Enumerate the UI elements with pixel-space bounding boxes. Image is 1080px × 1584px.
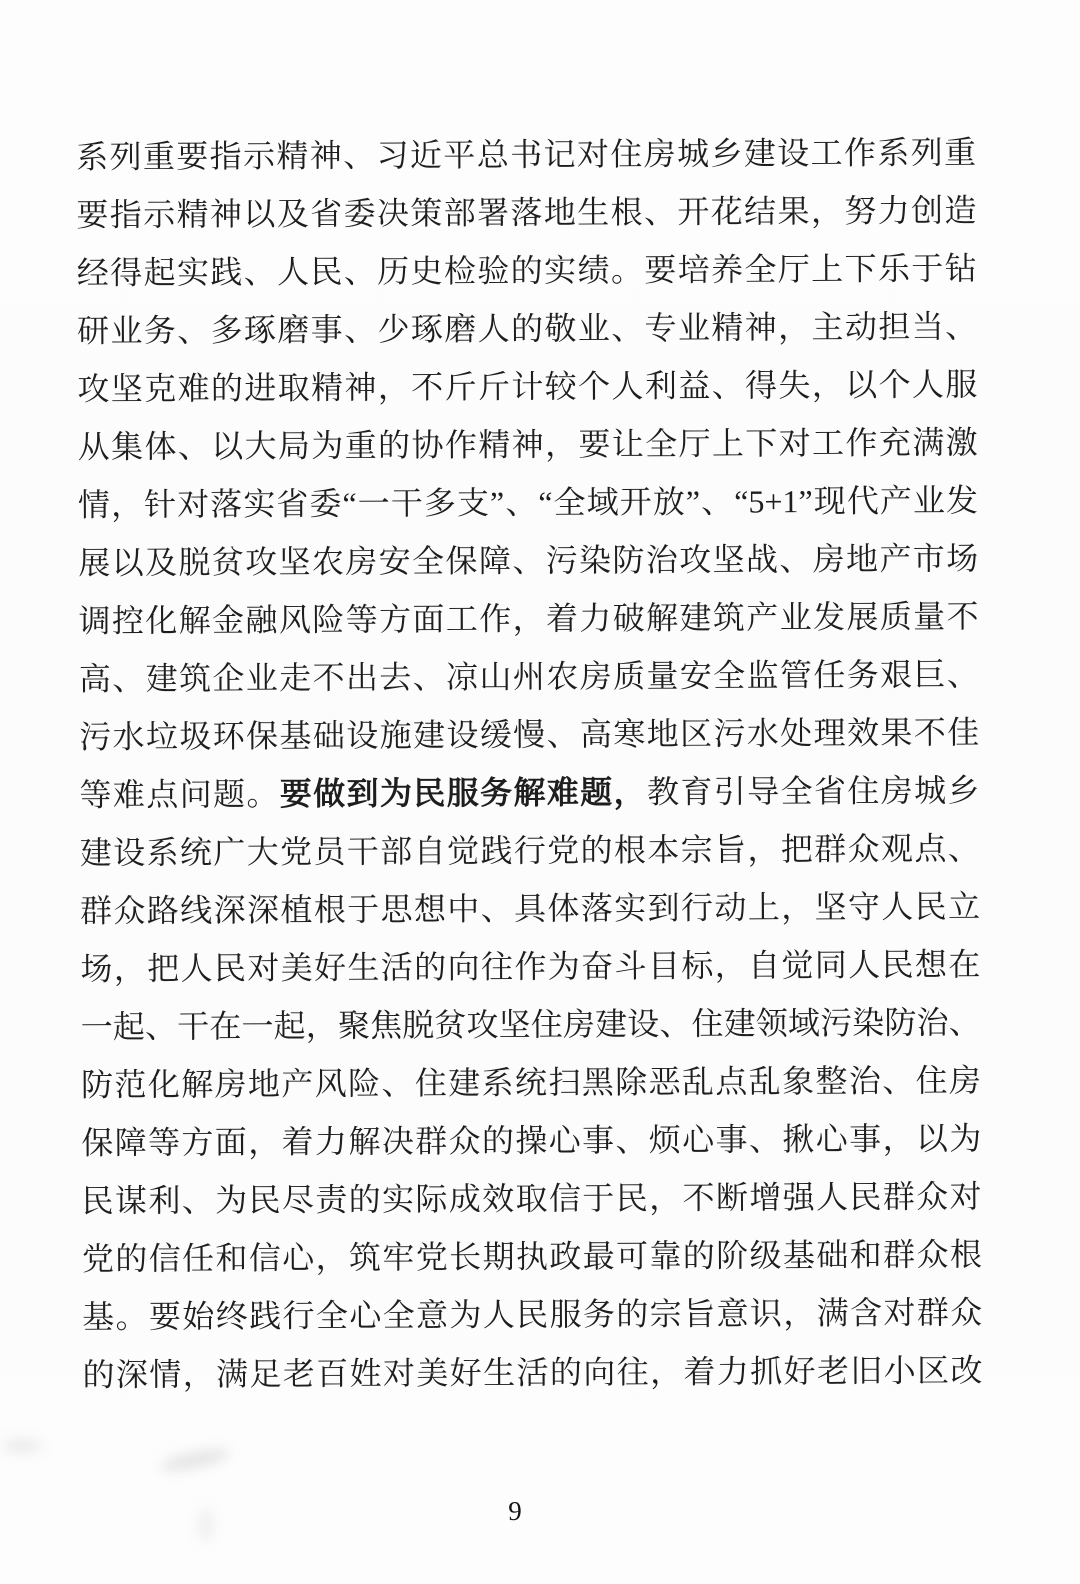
text-line: 场，把人民对美好生活的向往作为奋斗目标，自觉同人民想在 bbox=[80, 935, 980, 998]
line-text: 高、建筑企业走不出去、凉山州农房质量安全监管任务艰巨、 bbox=[79, 656, 979, 697]
line-text: 群众路线深深植根于思想中、具体落实到行动上，坚守人民立 bbox=[80, 888, 980, 929]
line-text: 基。要始终践行全心全意为人民服务的宗旨意识，满含对群众 bbox=[82, 1294, 982, 1335]
line-text: 教育引导全省住房城乡 bbox=[647, 772, 980, 810]
line-text: 民谋利、为民尽责的实际成效取信于民，不断增强人民群众对 bbox=[82, 1178, 982, 1219]
text-line: 民谋利、为民尽责的实际成效取信于民，不断增强人民群众对 bbox=[81, 1167, 981, 1230]
scanned-document-page: 系列重要指示精神、习近平总书记对住房城乡建设工作系列重 要指示精神以及省委决策部… bbox=[0, 0, 1080, 1584]
line-text: 经得起实践、人民、历史检验的实绩。要培养全厅上下乐于钻 bbox=[77, 250, 977, 291]
text-line: 攻坚克难的进取精神，不斤斤计较个人利益、得失，以个人服 bbox=[77, 355, 977, 418]
page-number: 9 bbox=[0, 1496, 1030, 1527]
line-text: 攻坚克难的进取精神，不斤斤计较个人利益、得失，以个人服 bbox=[77, 366, 977, 407]
scan-smudge bbox=[159, 1445, 231, 1475]
line-text: 的深情，满足老百姓对美好生活的向往，着力抓好老旧小区改 bbox=[82, 1352, 982, 1393]
line-text: 要指示精神以及省委决策部署落地生根、开花结果，努力创造 bbox=[76, 192, 976, 233]
line-text-bold: 要做到为民服务解难题， bbox=[280, 774, 647, 812]
text-line: 一起、干在一起，聚焦脱贫攻坚住房建设、住建领域污染防治、 bbox=[81, 993, 981, 1056]
text-line: 高、建筑企业走不出去、凉山州农房质量安全监管任务艰巨、 bbox=[79, 645, 979, 708]
text-line: 情，针对落实省委“一干多支”、“全域开放”、“5+1”现代产业发 bbox=[78, 471, 978, 534]
body-text-block: 系列重要指示精神、习近平总书记对住房城乡建设工作系列重 要指示精神以及省委决策部… bbox=[76, 123, 983, 1404]
line-text: 情，针对落实省委“一干多支”、“全域开放”、“5+1”现代产业发 bbox=[78, 482, 978, 523]
text-line: 等难点问题。要做到为民服务解难题，教育引导全省住房城乡 bbox=[79, 761, 979, 824]
text-line: 从集体、以大局为重的协作精神，要让全厅上下对工作充满激 bbox=[78, 413, 978, 476]
text-line: 系列重要指示精神、习近平总书记对住房城乡建设工作系列重 bbox=[76, 123, 976, 186]
text-line: 党的信任和信心，筑牢党长期执政最可靠的阶级基础和群众根 bbox=[82, 1225, 982, 1288]
line-text: 一起、干在一起，聚焦脱贫攻坚住房建设、住建领域污染防治、 bbox=[81, 1004, 981, 1045]
line-text: 防范化解房地产风险、住建系统扫黑除恶乱点乱象整治、住房 bbox=[81, 1062, 981, 1103]
text-line: 建设系统广大党员干部自觉践行党的根本宗旨，把群众观点、 bbox=[80, 819, 980, 882]
line-text: 保障等方面，着力解决群众的操心事、烦心事、揪心事，以为 bbox=[81, 1120, 981, 1161]
line-text: 系列重要指示精神、习近平总书记对住房城乡建设工作系列重 bbox=[76, 134, 976, 175]
text-line: 污水垃圾环保基础设施建设缓慢、高寒地区污水处理效果不佳 bbox=[79, 703, 979, 766]
text-line: 防范化解房地产风险、住建系统扫黑除恶乱点乱象整治、住房 bbox=[81, 1051, 981, 1114]
scan-smudge bbox=[2, 1438, 42, 1454]
line-text: 调控化解金融风险等方面工作，着力破解建筑产业发展质量不 bbox=[78, 598, 978, 639]
text-line: 研业务、多琢磨事、少琢磨人的敬业、专业精神，主动担当、 bbox=[77, 297, 977, 360]
text-line: 的深情，满足老百姓对美好生活的向往，着力抓好老旧小区改 bbox=[82, 1341, 982, 1404]
line-text: 污水垃圾环保基础设施建设缓慢、高寒地区污水处理效果不佳 bbox=[79, 714, 979, 755]
text-line: 群众路线深深植根于思想中、具体落实到行动上，坚守人民立 bbox=[80, 877, 980, 940]
line-text: 从集体、以大局为重的协作精神，要让全厅上下对工作充满激 bbox=[78, 424, 978, 465]
text-line: 要指示精神以及省委决策部署落地生根、开花结果，努力创造 bbox=[76, 181, 976, 244]
text-line: 经得起实践、人民、历史检验的实绩。要培养全厅上下乐于钻 bbox=[77, 239, 977, 302]
line-text: 场，把人民对美好生活的向往作为奋斗目标，自觉同人民想在 bbox=[80, 946, 980, 987]
line-text: 党的信任和信心，筑牢党长期执政最可靠的阶级基础和群众根 bbox=[82, 1236, 982, 1277]
line-text: 展以及脱贫攻坚农房安全保障、污染防治攻坚战、房地产市场 bbox=[78, 540, 978, 581]
text-line: 基。要始终践行全心全意为人民服务的宗旨意识，满含对群众 bbox=[82, 1283, 982, 1346]
text-line: 保障等方面，着力解决群众的操心事、烦心事、揪心事，以为 bbox=[81, 1109, 981, 1172]
text-line: 调控化解金融风险等方面工作，着力破解建筑产业发展质量不 bbox=[78, 587, 978, 650]
line-text: 建设系统广大党员干部自觉践行党的根本宗旨，把群众观点、 bbox=[80, 830, 980, 871]
line-text: 等难点问题。 bbox=[79, 776, 279, 813]
line-text: 研业务、多琢磨事、少琢磨人的敬业、专业精神，主动担当、 bbox=[77, 308, 977, 349]
text-line: 展以及脱贫攻坚农房安全保障、污染防治攻坚战、房地产市场 bbox=[78, 529, 978, 592]
